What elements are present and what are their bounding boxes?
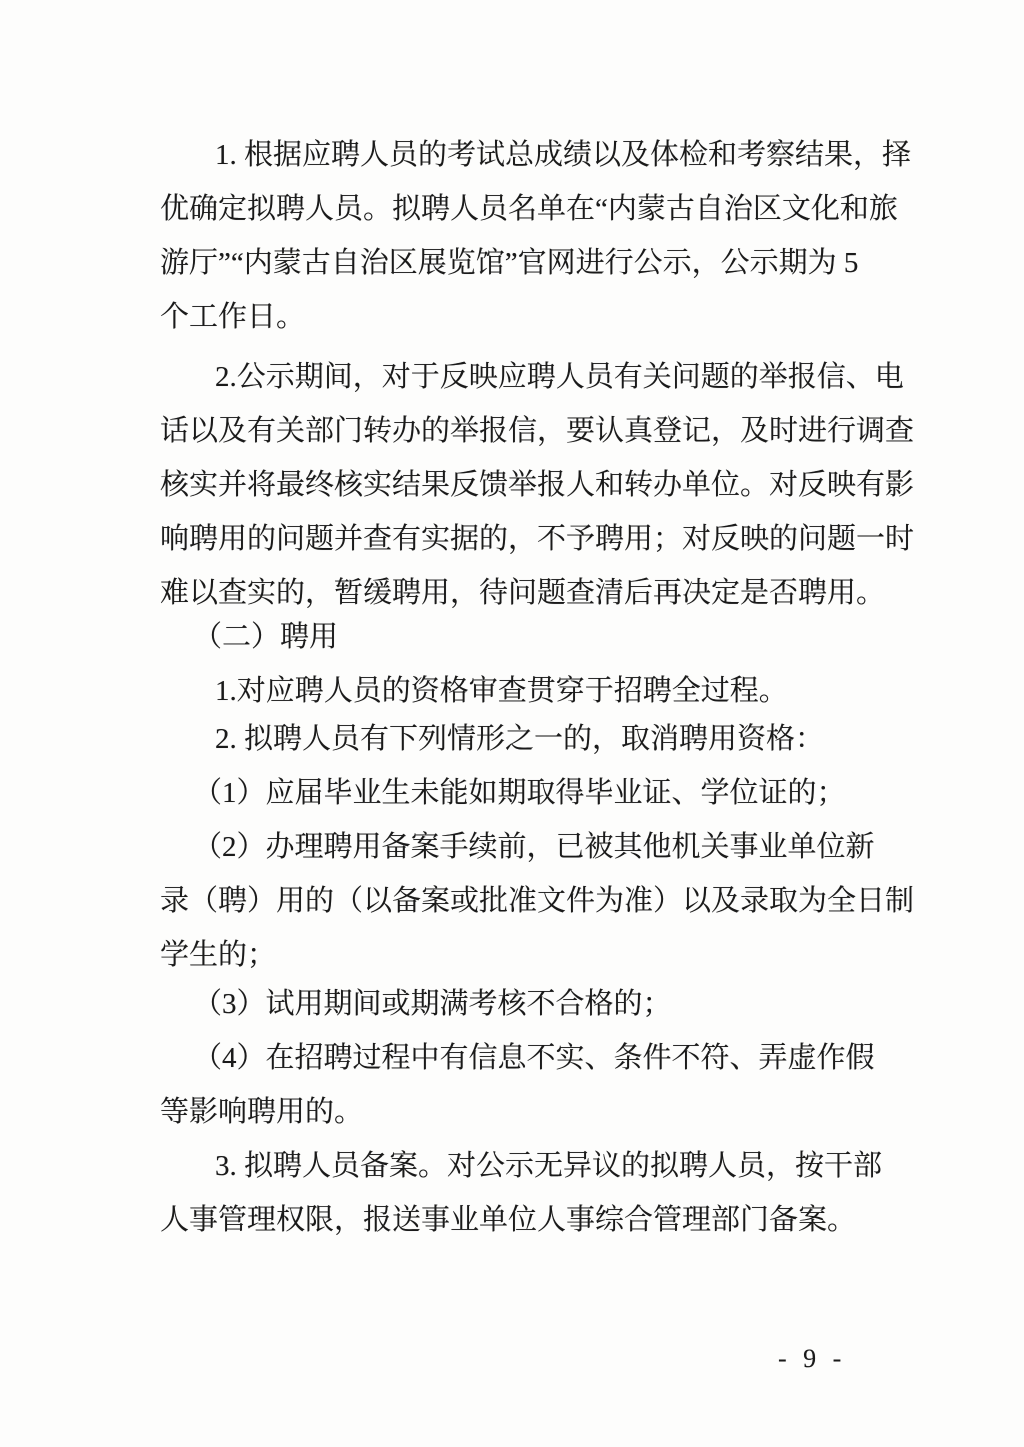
paragraph-1: 1. 根据应聘人员的考试总成绩以及体检和考察结果，择 优确定拟聘人员。拟聘人员名…	[160, 128, 884, 344]
text-line: 话以及有关部门转办的举报信，要认真登记，及时进行调查	[160, 404, 884, 458]
text-line: 个工作日。	[160, 290, 884, 344]
page-number: - 9 -	[778, 1344, 846, 1374]
text-line: 2.公示期间，对于反映应聘人员有关问题的举报信、电	[160, 350, 884, 404]
subitem-3: （3）试用期间或期满考核不合格的；	[160, 977, 884, 1031]
text-line: 响聘用的问题并查有实据的，不予聘用；对反映的问题一时	[160, 512, 884, 566]
subitem-4: （4）在招聘过程中有信息不实、条件不符、弄虚作假 等影响聘用的。	[160, 1031, 884, 1139]
text-line: 等影响聘用的。	[160, 1085, 884, 1139]
text-line: 人事管理权限，报送事业单位人事综合管理部门备案。	[160, 1193, 884, 1247]
text-line: （2）办理聘用备案手续前，已被其他机关事业单位新	[160, 820, 884, 874]
subitem-1: （1）应届毕业生未能如期取得毕业证、学位证的；	[160, 766, 884, 820]
item-3: 3. 拟聘人员备案。对公示无异议的拟聘人员，按干部 人事管理权限，报送事业单位人…	[160, 1139, 884, 1247]
text-line: 游厅”“内蒙古自治区展览馆”官网进行公示，公示期为 5	[160, 236, 884, 290]
text-line: 优确定拟聘人员。拟聘人员名单在“内蒙古自治区文化和旅	[160, 182, 884, 236]
text-line: 录（聘）用的（以备案或批准文件为准）以及录取为全日制	[160, 874, 884, 928]
text-line: （1）应届毕业生未能如期取得毕业证、学位证的；	[160, 766, 884, 820]
text-line: 学生的；	[160, 928, 884, 982]
document-body: 1. 根据应聘人员的考试总成绩以及体检和考察结果，择 优确定拟聘人员。拟聘人员名…	[160, 128, 884, 1247]
item-2: 2. 拟聘人员有下列情形之一的，取消聘用资格：	[160, 712, 884, 766]
text-line: 核实并将最终核实结果反馈举报人和转办单位。对反映有影	[160, 458, 884, 512]
document-page: 1. 根据应聘人员的考试总成绩以及体检和考察结果，择 优确定拟聘人员。拟聘人员名…	[0, 0, 1024, 1447]
paragraph-2: 2.公示期间，对于反映应聘人员有关问题的举报信、电 话以及有关部门转办的举报信，…	[160, 350, 884, 620]
subitem-2: （2）办理聘用备案手续前，已被其他机关事业单位新 录（聘）用的（以备案或批准文件…	[160, 820, 884, 982]
text-line: （4）在招聘过程中有信息不实、条件不符、弄虚作假	[160, 1031, 884, 1085]
text-line: 2. 拟聘人员有下列情形之一的，取消聘用资格：	[160, 712, 884, 766]
text-line: 1.对应聘人员的资格审查贯穿于招聘全过程。	[160, 664, 884, 718]
text-line: （3）试用期间或期满考核不合格的；	[160, 977, 884, 1031]
text-line: 3. 拟聘人员备案。对公示无异议的拟聘人员，按干部	[160, 1139, 884, 1193]
item-1: 1.对应聘人员的资格审查贯穿于招聘全过程。	[160, 664, 884, 718]
text-line: 1. 根据应聘人员的考试总成绩以及体检和考察结果，择	[160, 128, 884, 182]
